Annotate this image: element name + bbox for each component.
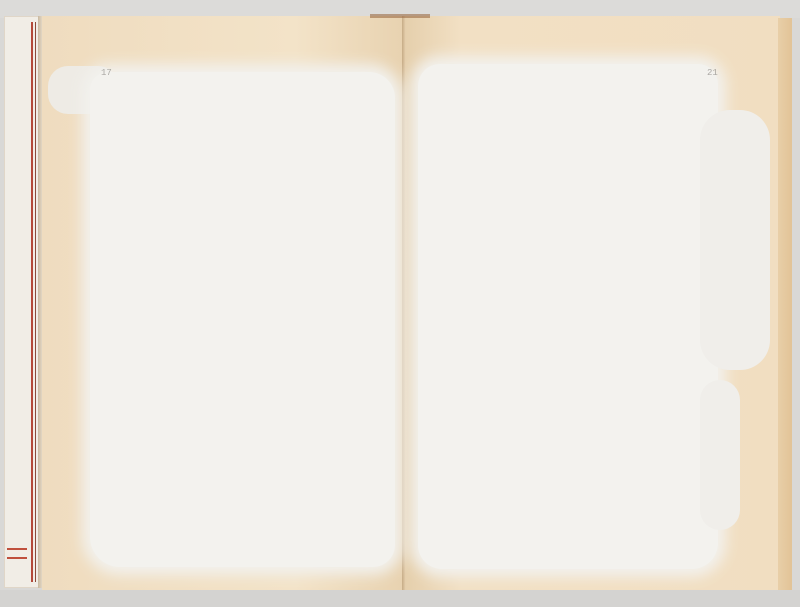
book-back-cover [4, 16, 42, 588]
cover-red-line [31, 22, 33, 582]
white-paint-left [90, 72, 395, 567]
white-paint-right [418, 64, 718, 569]
page-stack-edge [778, 18, 792, 590]
white-paint-smear [700, 380, 740, 530]
book-gutter [402, 16, 406, 590]
cover-tick-mark [7, 548, 27, 550]
left-page-number: 17 [101, 68, 112, 78]
background-bottom [0, 590, 800, 607]
cover-dark-line [35, 22, 36, 582]
white-paint-smear [700, 110, 770, 370]
right-page-number: 21 [707, 68, 718, 78]
cover-tick-mark [7, 557, 27, 559]
spine-top [370, 14, 430, 18]
